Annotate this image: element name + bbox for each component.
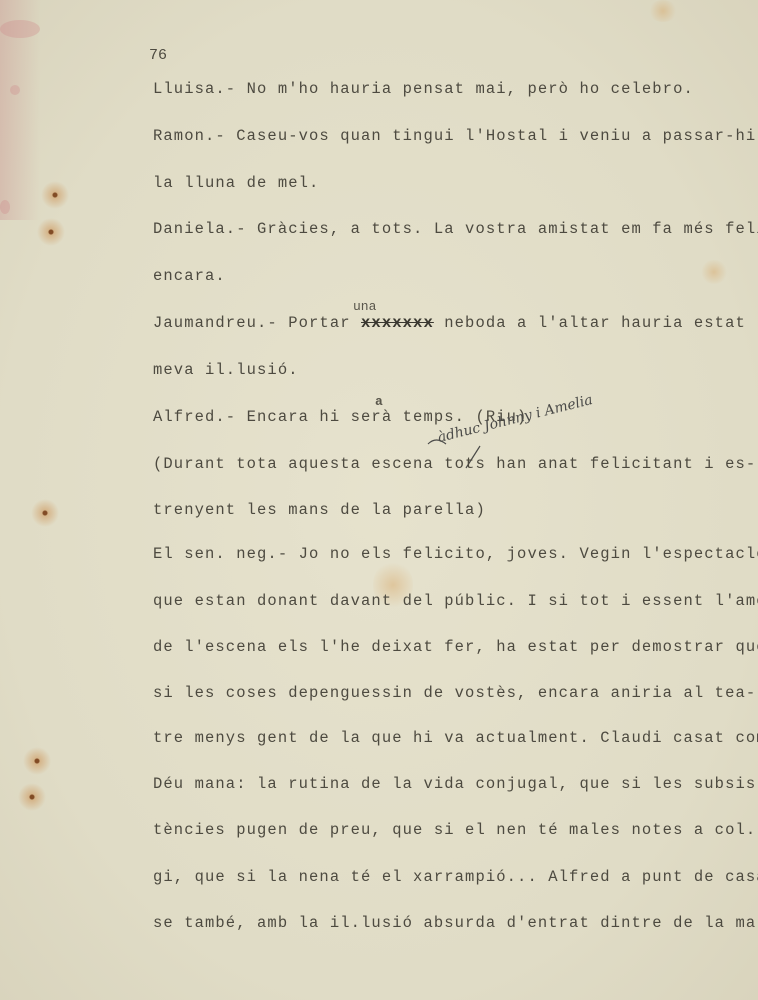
rust-spot <box>18 783 46 811</box>
text-line: Lluisa.- No m'ho hauria pensat mai, però… <box>153 80 694 98</box>
pink-blot <box>0 20 40 38</box>
stain <box>700 260 728 284</box>
text-line: si les coses depenguessin de vostès, enc… <box>153 684 756 702</box>
stain <box>648 0 678 22</box>
pink-blot <box>0 200 10 214</box>
typewritten-page: 76 Lluisa.- No m'ho hauria pensat mai, p… <box>0 0 758 1000</box>
text-line: Daniela.- Gràcies, a tots. La vostra ami… <box>153 220 758 238</box>
rust-spot <box>37 218 65 246</box>
rust-spot <box>31 499 59 527</box>
line-segment: Jaumandreu.- Portar <box>153 314 361 332</box>
text-line: se també, amb la il.lusió absurda d'entr… <box>153 914 758 932</box>
text-line: Jaumandreu.- Portar xxxxxxx neboda a l'a… <box>153 314 758 332</box>
text-line: (Durant tota aquesta escena tots han ana… <box>153 455 756 473</box>
page-number: 76 <box>149 47 167 64</box>
rust-spot <box>23 747 51 775</box>
struck-out-text: xxxxxxx <box>361 314 434 332</box>
text-line: tències pugen de preu, que si el nen té … <box>153 821 758 839</box>
text-line: tre menys gent de la que hi va actualmen… <box>153 729 758 747</box>
typed-insertion: una <box>353 299 376 314</box>
text-line: la lluna de mel. <box>153 174 319 192</box>
text-line: encara. <box>153 267 226 285</box>
text-line: de l'escena els l'he deixat fer, ha esta… <box>153 638 758 656</box>
text-line: meva il.lusió. <box>153 361 299 379</box>
text-line: trenyent les mans de la parella) <box>153 501 486 519</box>
text-line: El sen. neg.- Jo no els felicito, joves.… <box>153 545 758 563</box>
line-segment: neboda a l'altar hauria estat la <box>434 314 758 332</box>
typed-insertion: a <box>375 394 383 409</box>
text-line: Ramon.- Caseu-vos quan tingui l'Hostal i… <box>153 127 756 145</box>
text-line: gi, que si la nena té el xarrampió... Al… <box>153 868 758 886</box>
text-line: que estan donant davant del públic. I si… <box>153 592 758 610</box>
text-line: Déu mana: la rutina de la vida conjugal,… <box>153 775 758 793</box>
pink-blot <box>10 85 20 95</box>
rust-spot <box>41 181 69 209</box>
